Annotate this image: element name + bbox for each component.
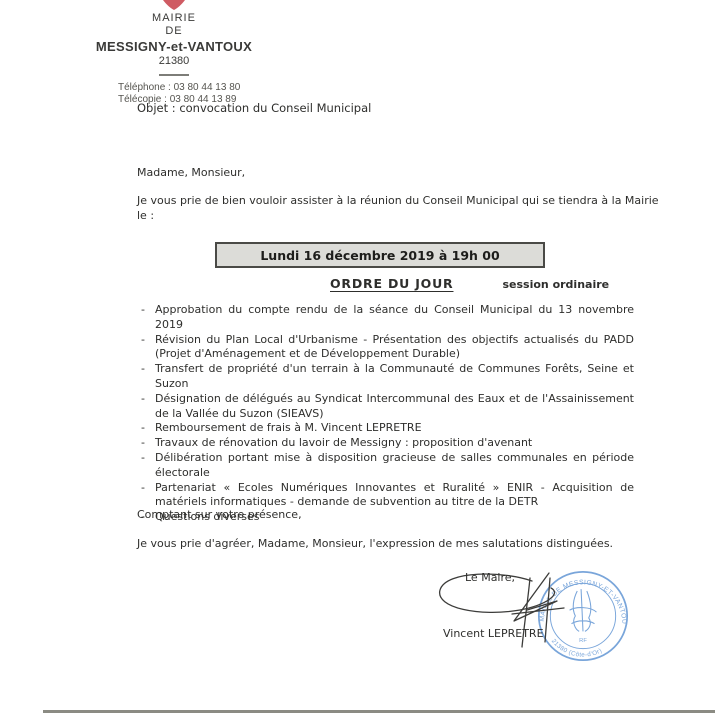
agenda-item-text: Transfert de propriété d'un terrain à la…	[155, 362, 634, 392]
letter-intro-line1: Je vous prie de bien vouloir assister à …	[137, 193, 634, 208]
bullet-dash: -	[137, 333, 155, 363]
session-type-label: session ordinaire	[502, 278, 609, 291]
closing-line2: Je vous prie d'agréer, Madame, Monsieur,…	[137, 537, 613, 550]
agenda-title: ORDRE DU JOUR	[330, 276, 453, 291]
meeting-date-box: Lundi 16 décembre 2019 à 19h 00	[215, 242, 545, 268]
agenda-header: ORDRE DU JOUR session ordinaire	[137, 276, 634, 291]
letterhead-postal-code: 21380	[84, 55, 264, 68]
bullet-dash: -	[137, 362, 155, 392]
agenda-item-text: Remboursement de frais à M. Vincent LEPR…	[155, 421, 634, 436]
scan-bottom-edge-line	[43, 710, 715, 713]
agenda-item: - Approbation du compte rendu de la séan…	[137, 303, 634, 333]
letter-salutation: Madame, Monsieur,	[137, 166, 245, 179]
letter-intro-paragraph: Je vous prie de bien vouloir assister à …	[137, 193, 634, 223]
agenda-item-text: Désignation de délégués au Syndicat Inte…	[155, 392, 634, 422]
closing-line1: Comptant sur votre présence,	[137, 508, 302, 521]
letterhead: MAIRIE DE MESSIGNY-et-VANTOUX 21380 Télé…	[84, 0, 264, 106]
town-crest-icon	[162, 0, 186, 10]
letter-subject: Objet : convocation du Conseil Municipal	[137, 101, 371, 115]
bullet-dash: -	[137, 436, 155, 451]
agenda-item: - Travaux de rénovation du lavoir de Mes…	[137, 436, 634, 451]
agenda-item: - Révision du Plan Local d'Urbanisme - P…	[137, 333, 634, 363]
bullet-dash: -	[137, 481, 155, 511]
signature-block: Le Maire, MAIRIE DE MESSIGNY-ET-VANTOUX …	[432, 565, 715, 675]
letterhead-org-line1: MAIRIE	[84, 12, 264, 25]
agenda-item: - Transfert de propriété d'un terrain à …	[137, 362, 634, 392]
bullet-dash: -	[137, 303, 155, 333]
bullet-dash: -	[137, 392, 155, 422]
agenda-item: - Désignation de délégués au Syndicat In…	[137, 392, 634, 422]
agenda-item: - Remboursement de frais à M. Vincent LE…	[137, 421, 634, 436]
letterhead-org-line2: DE	[84, 25, 264, 38]
agenda-item-text: Délibération portant mise à disposition …	[155, 451, 634, 481]
signature-name: Vincent LEPRETRE	[443, 627, 544, 640]
agenda-item-text: Partenariat « Ecoles Numériques Innovant…	[155, 481, 634, 511]
agenda-item-text: Révision du Plan Local d'Urbanisme - Pré…	[155, 333, 634, 363]
agenda-list: - Approbation du compte rendu de la séan…	[137, 303, 634, 525]
letter-intro-line2: le :	[137, 208, 634, 223]
signature-role: Le Maire,	[465, 571, 515, 584]
bullet-dash: -	[137, 451, 155, 481]
agenda-item: - Délibération portant mise à dispositio…	[137, 451, 634, 481]
agenda-item-text: Approbation du compte rendu de la séance…	[155, 303, 634, 333]
letterhead-town-name: MESSIGNY-et-VANTOUX	[84, 39, 264, 54]
bullet-dash: -	[137, 421, 155, 436]
letterhead-phone: Téléphone : 03 80 44 13 80	[118, 82, 264, 94]
letterhead-divider	[159, 74, 189, 76]
agenda-item: - Partenariat « Ecoles Numériques Innova…	[137, 481, 634, 511]
agenda-item-text: Travaux de rénovation du lavoir de Messi…	[155, 436, 634, 451]
